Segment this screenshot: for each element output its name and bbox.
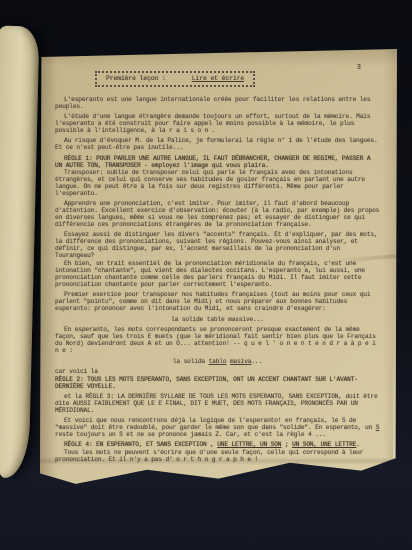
paragraph: la solida tablo masiva... — [55, 358, 380, 365]
text-run: Essayez aussi de distinguer les divers "… — [55, 231, 378, 259]
text-run: RÈGLE 4: EN ESPERANTO, ET SANS EXCEPTION… — [64, 441, 217, 448]
text-run: Eh bien, un trait essentiel de la pronon… — [55, 260, 365, 288]
text-run: S — [376, 424, 380, 431]
paragraph: L'esperanto est une langue international… — [55, 96, 380, 110]
text-run: la solida — [173, 358, 209, 365]
paragraph: RÈGLE 2: TOUS LES MOTS ESPERANTO, SANS E… — [55, 376, 380, 390]
paragraph: et la RÈGLE 3: LA DERNIÈRE SYLLABE DE TO… — [55, 393, 380, 414]
paragraph: Apprendre une prononciation, c'est imite… — [55, 200, 380, 228]
text-run: L'esperanto est une langue international… — [55, 96, 370, 110]
paragraph: L'étude d'une langue étrangère demande t… — [55, 113, 380, 134]
text-run: RÈGLE 1: POUR PARLER UNE AUTRE LANGUE, I… — [55, 155, 370, 169]
page-body: L'esperanto est une langue international… — [55, 96, 380, 463]
text-run: UN SON, UNE LETTRE — [292, 441, 356, 448]
page-content: Première leçon : Lire et écrire L'espera… — [40, 49, 397, 491]
text-run: RÈGLE 2: TOUS LES MOTS ESPERANTO, SANS E… — [55, 376, 358, 390]
text-run: Transposer: oublie de transposer celui q… — [55, 169, 365, 197]
previous-page-edge — [0, 26, 40, 479]
text-run: Apprendre une prononciation, c'est imite… — [55, 200, 379, 228]
text-run: Au risque d'évoquer M. de la Palice, je … — [55, 137, 378, 151]
text-run: car voici la — [55, 368, 98, 375]
text-run: . — [356, 441, 360, 448]
paragraph: Eh bien, un trait essentiel de la pronon… — [55, 260, 380, 288]
paragraph: En esperanto, les mots correspondants se… — [55, 326, 380, 354]
paragraph: Et voici que nous rencontrons déjà la lo… — [55, 417, 380, 438]
text-run: reste toujours un S et ne se prononce ja… — [55, 431, 326, 438]
paragraph: RÈGLE 4: EN ESPERANTO, ET SANS EXCEPTION… — [55, 441, 380, 448]
document-page: 3 Première leçon : Lire et écrire L'espe… — [40, 49, 397, 491]
lesson-label: Première leçon : — [106, 75, 166, 82]
text-run: tablo — [209, 358, 227, 365]
paragraph: Premier exercice pour transposer nos hab… — [55, 291, 380, 312]
text-run: la solide table massive... — [171, 316, 264, 323]
text-run: Et voici que nous rencontrons déjà la lo… — [55, 417, 376, 431]
paragraph: Au risque d'évoquer M. de la Palice, je … — [55, 137, 380, 151]
text-run: masiva — [230, 358, 251, 365]
paragraph: Transposer: oublie de transposer celui q… — [55, 169, 380, 197]
text-run: En esperanto, les mots correspondants se… — [55, 326, 376, 354]
paragraph: Essayez aussi de distinguer les divers "… — [55, 231, 380, 259]
book-photo: 3 Première leçon : Lire et écrire L'espe… — [0, 0, 412, 550]
text-run: L'étude d'une langue étrangère demande t… — [55, 113, 370, 134]
paragraph: RÈGLE 1: POUR PARLER UNE AUTRE LANGUE, I… — [55, 155, 380, 169]
text-run: Premier exercice pour transposer nos hab… — [55, 291, 370, 312]
lesson-title-box: Première leçon : Lire et écrire — [95, 71, 255, 87]
text-run: Tous les mots ne peuvent s'écrire que d'… — [55, 449, 363, 463]
text-run: ... — [251, 358, 262, 365]
paragraph: la solide table massive... — [55, 316, 380, 323]
text-run: UNE LETTRE, UN SON — [217, 441, 281, 448]
paragraph: Tous les mots ne peuvent s'écrire que d'… — [55, 449, 380, 463]
text-run: et la RÈGLE 3: LA DERNIÈRE SYLLABE DE TO… — [55, 393, 378, 414]
paragraph: car voici la — [55, 368, 380, 375]
text-run: ; — [281, 441, 292, 448]
lesson-title: Lire et écrire — [192, 75, 244, 82]
